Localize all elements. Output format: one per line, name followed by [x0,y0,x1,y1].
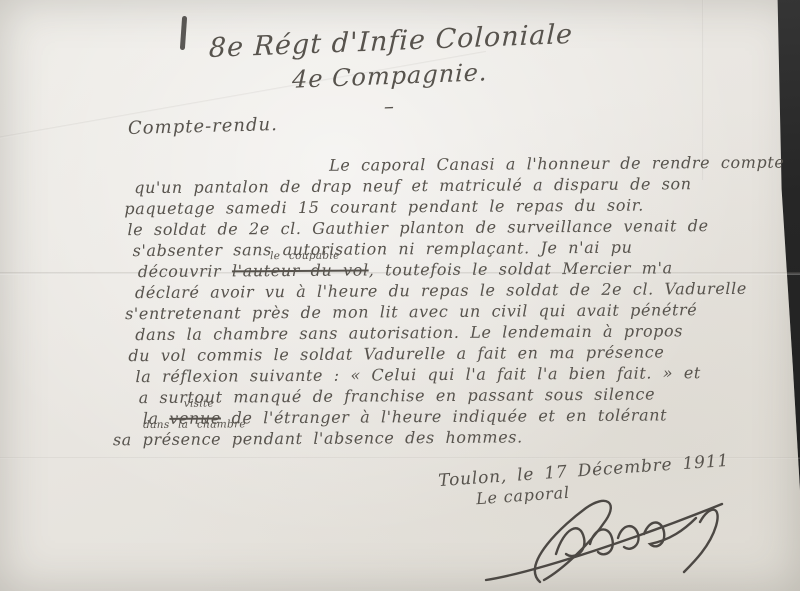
body-text: la réflexion suivante : « Celui qui l'a … [135,363,701,386]
body-text: paquetage samedi 15 courant pendant le r… [124,196,644,219]
body-text: , toutefois le soldat Mercier m'a [369,258,673,279]
body-lines: Le caporal Canasi a l'honneur de rendre … [111,152,763,451]
body-text: s'absenter sans autorisation ni remplaça… [133,238,633,260]
inserted-correction: visite [184,399,214,410]
body-text: pendant l'absence des hommes. [221,427,523,448]
body-text: s'entretenant près de mon lit avec un ci… [125,300,697,323]
scanned-letter: 8e Régt d'Infie Coloniale 4e Compagnie. … [0,0,800,591]
inserted-correction: le coupable [270,251,340,262]
struck-word: l'auteur du volle coupable [232,260,369,280]
signature-flourish [478,492,740,588]
body-text: du vol commis le soldat Vadurelle a fait… [128,342,664,365]
body-text: qu'un pantalon de drap neuf et matriculé… [134,174,692,197]
body-text: Le caporal Canasi a l'honneur de rendre … [329,153,784,175]
body-text: découvrir [138,261,232,281]
body-text: dans la chambre sans autorisation. Le le… [135,321,683,344]
body-text: de l'étranger à l'heure indiquée et en t… [221,405,667,427]
signature-icon [478,492,740,588]
body-text: le soldat de 2e cl. Gauthier planton de … [127,216,708,239]
body-text: a surtout manqué de franchise en passant… [139,384,656,407]
document-type-label: Compte-rendu. [128,114,278,139]
body-text: sa présencedans la chambre [113,430,221,450]
